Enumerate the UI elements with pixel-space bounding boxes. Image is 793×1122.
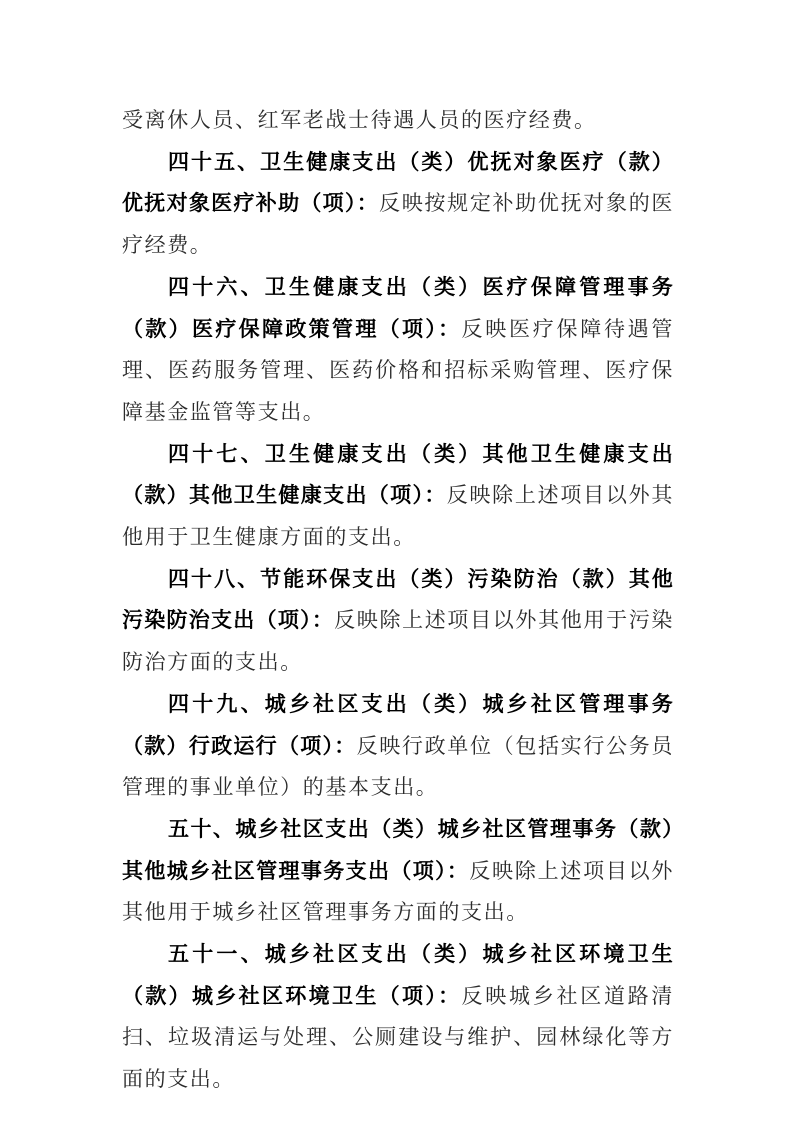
paragraph-body: 受离休人员、红军老战士待遇人员的医疗经费。 bbox=[122, 108, 597, 132]
paragraph-item-50: 五十、城乡社区支出（类）城乡社区管理事务（款）其他城乡社区管理事务支出（项）：反… bbox=[122, 809, 674, 934]
paragraph-item-49: 四十九、城乡社区支出（类）城乡社区管理事务（款）行政运行（项）：反映行政单位（包… bbox=[122, 684, 674, 809]
paragraph-continuation: 受离休人员、红军老战士待遇人员的医疗经费。 bbox=[122, 100, 674, 142]
document-page: 受离休人员、红军老战士待遇人员的医疗经费。 四十五、卫生健康支出（类）优抚对象医… bbox=[122, 100, 674, 1101]
paragraph-item-47: 四十七、卫生健康支出（类）其他卫生健康支出（款）其他卫生健康支出（项）：反映除上… bbox=[122, 434, 674, 559]
paragraph-item-48: 四十八、节能环保支出（类）污染防治（款）其他污染防治支出（项）：反映除上述项目以… bbox=[122, 559, 674, 684]
paragraph-item-51: 五十一、城乡社区支出（类）城乡社区环境卫生（款）城乡社区环境卫生（项）：反映城乡… bbox=[122, 934, 674, 1101]
paragraph-item-46: 四十六、卫生健康支出（类）医疗保障管理事务（款）医疗保障政策管理（项）：反映医疗… bbox=[122, 267, 674, 434]
paragraph-item-45: 四十五、卫生健康支出（类）优抚对象医疗（款）优抚对象医疗补助（项）：反映按规定补… bbox=[122, 142, 674, 267]
